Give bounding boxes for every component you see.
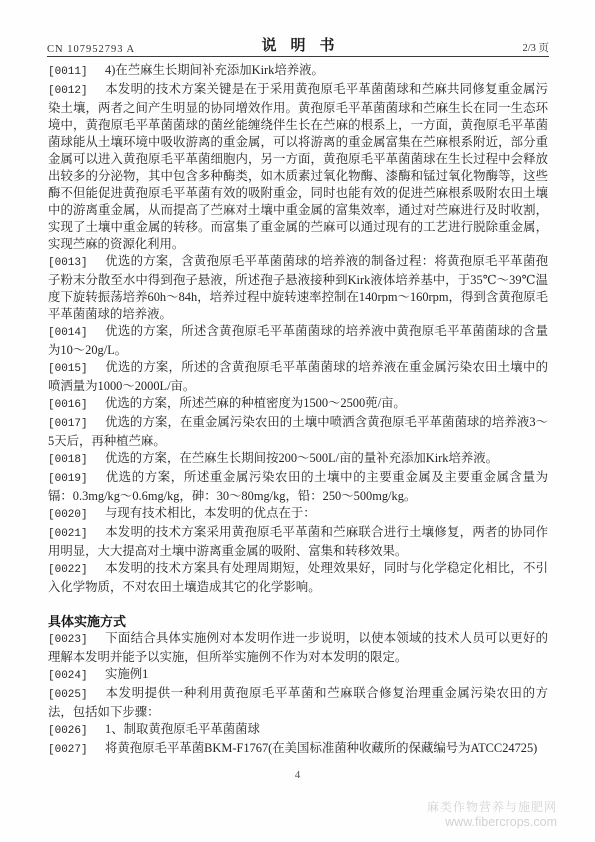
- paragraph-text: 优选的方案，所述苎麻的种植密度为1500～2500蔸/亩。: [105, 396, 406, 410]
- paragraph-number: [0020]: [48, 507, 105, 524]
- patent-paragraph: [0021]本发明的技术方案采用黄孢原毛平革菌和苎麻联合进行土壤修复，两者的协同…: [48, 524, 548, 560]
- patent-paragraph: [0012]本发明的技术方案关键是在于采用黄孢原毛平革菌菌球和苎麻共同修复重金属…: [48, 81, 548, 253]
- patent-paragraph: [0019]优选的方案，所述重金属污染农田的土壤中的主要重金属及主要重金属含量为…: [48, 469, 548, 505]
- header-divider: [47, 56, 549, 57]
- watermark-site-name: 麻类作物营养与施肥网: [427, 800, 557, 815]
- specification-body: [0011]4)在苎麻生长期间补充添加Kirk培养液。 [0012]本发明的技术…: [48, 62, 548, 759]
- paragraph-text: 本发明的技术方案具有处理周期短，处理效果好，同时与化学稳定化相比，不引入化学物质…: [48, 561, 548, 594]
- paragraph-number: [0021]: [48, 526, 105, 543]
- section-heading: 具体实施方式: [48, 613, 548, 630]
- paragraph-text: 1、制取黄孢原毛平革菌菌球: [105, 722, 260, 736]
- paragraph-number: [0026]: [48, 723, 105, 740]
- patent-paragraph: [0020]与现有技术相比，本发明的优点在于：: [48, 505, 548, 524]
- paragraph-number: [0023]: [48, 632, 105, 649]
- patent-specification-page: CN 107952793 A 说明书 2/3 页 [0011]4)在苎麻生长期间…: [0, 0, 595, 842]
- patent-paragraph: [0017]优选的方案，在重金属污染农田的土壤中喷洒含黄孢原毛平革菌菌球的培养液…: [48, 414, 548, 450]
- paragraph-number: [0012]: [48, 83, 105, 100]
- footer-page-number: 4: [0, 769, 595, 781]
- paragraph-text: 本发明提供一种利用黄孢原毛平革菌和苎麻联合修复治理重金属污染农田的方法，包括如下…: [48, 686, 548, 719]
- paragraph-number: [0019]: [48, 471, 105, 488]
- patent-paragraph: [0026]1、制取黄孢原毛平革菌菌球: [48, 721, 548, 740]
- paragraph-text: 本发明的技术方案采用黄孢原毛平革菌和苎麻联合进行土壤修复，两者的协同作用明显，大…: [48, 525, 548, 558]
- patent-paragraph: [0022]本发明的技术方案具有处理周期短，处理效果好，同时与化学稳定化相比，不…: [48, 560, 548, 596]
- paragraph-number: [0015]: [48, 361, 105, 378]
- paragraph-number: [0016]: [48, 397, 105, 414]
- paragraph-number: [0013]: [48, 255, 105, 272]
- page-header: CN 107952793 A 说明书 2/3 页: [47, 34, 549, 55]
- paragraph-number: [0014]: [48, 325, 105, 342]
- paragraph-text: 优选的方案，所述含黄孢原毛平革菌菌球的培养液中黄孢原毛平革菌菌球的含量为10～2…: [48, 324, 548, 357]
- paragraph-number: [0011]: [48, 64, 105, 81]
- paragraph-text: 实施例1: [105, 667, 148, 681]
- paragraph-number: [0017]: [48, 416, 105, 433]
- paragraph-text: 将黄孢原毛平革菌BKM-F1767(在美国标准菌种收藏所的保藏编号为ATCC24…: [105, 741, 537, 755]
- paragraph-text: 优选的方案，所述的含黄孢原毛平革菌菌球的培养液在重金属污染农田土壤中的喷洒量为1…: [48, 360, 548, 393]
- patent-paragraph: [0011]4)在苎麻生长期间补充添加Kirk培养液。: [48, 62, 548, 81]
- page-indicator: 2/3 页: [399, 40, 549, 55]
- paragraph-text: 优选的方案，在重金属污染农田的土壤中喷洒含黄孢原毛平革菌菌球的培养液3～5天后，…: [48, 415, 548, 448]
- watermark: 麻类作物营养与施肥网 www.fibercrops.com: [427, 800, 557, 830]
- patent-paragraph: [0013]优选的方案，含黄孢原毛平革菌菌球的培养液的制备过程：将黄孢原毛平革菌…: [48, 253, 548, 323]
- paragraph-text: 优选的方案，在苎麻生长期间按200～500L/亩的量补充添加Kirk培养液。: [105, 451, 498, 465]
- patent-paragraph: [0016]优选的方案，所述苎麻的种植密度为1500～2500蔸/亩。: [48, 395, 548, 414]
- paragraph-text: 本发明的技术方案关键是在于采用黄孢原毛平革菌菌球和苎麻共同修复重金属污染土壤，两…: [48, 82, 548, 251]
- paragraph-text: 优选的方案，所述重金属污染农田的土壤中的主要重金属及主要重金属含量为镉：0.3m…: [48, 470, 548, 503]
- watermark-url: www.fibercrops.com: [427, 815, 557, 830]
- paragraph-number: [0018]: [48, 452, 105, 469]
- page-title: 说明书: [197, 34, 399, 55]
- patent-paragraph: [0024]实施例1: [48, 666, 548, 685]
- paragraph-number: [0027]: [48, 742, 105, 759]
- paragraph-number: [0022]: [48, 562, 105, 579]
- patent-paragraph: [0023]下面结合具体实施例对本发明作进一步说明，以使本领域的技术人员可以更好…: [48, 630, 548, 666]
- patent-paragraph: [0027]将黄孢原毛平革菌BKM-F1767(在美国标准菌种收藏所的保藏编号为…: [48, 740, 548, 759]
- paragraph-text: 优选的方案，含黄孢原毛平革菌菌球的培养液的制备过程：将黄孢原毛平革菌孢子粉末分散…: [48, 254, 548, 321]
- patent-paragraph: [0014]优选的方案，所述含黄孢原毛平革菌菌球的培养液中黄孢原毛平革菌菌球的含…: [48, 323, 548, 359]
- paragraph-number: [0024]: [48, 668, 105, 685]
- patent-paragraph: [0025]本发明提供一种利用黄孢原毛平革菌和苎麻联合修复治理重金属污染农田的方…: [48, 685, 548, 721]
- document-number: CN 107952793 A: [47, 44, 197, 55]
- paragraph-text: 下面结合具体实施例对本发明作进一步说明，以使本领域的技术人员可以更好的理解本发明…: [48, 631, 548, 664]
- paragraph-number: [0025]: [48, 687, 105, 704]
- paragraph-text: 与现有技术相比，本发明的优点在于：: [105, 506, 316, 520]
- patent-paragraph: [0015]优选的方案，所述的含黄孢原毛平革菌菌球的培养液在重金属污染农田土壤中…: [48, 359, 548, 395]
- patent-paragraph: [0018]优选的方案，在苎麻生长期间按200～500L/亩的量补充添加Kirk…: [48, 450, 548, 469]
- paragraph-text: 4)在苎麻生长期间补充添加Kirk培养液。: [105, 63, 324, 77]
